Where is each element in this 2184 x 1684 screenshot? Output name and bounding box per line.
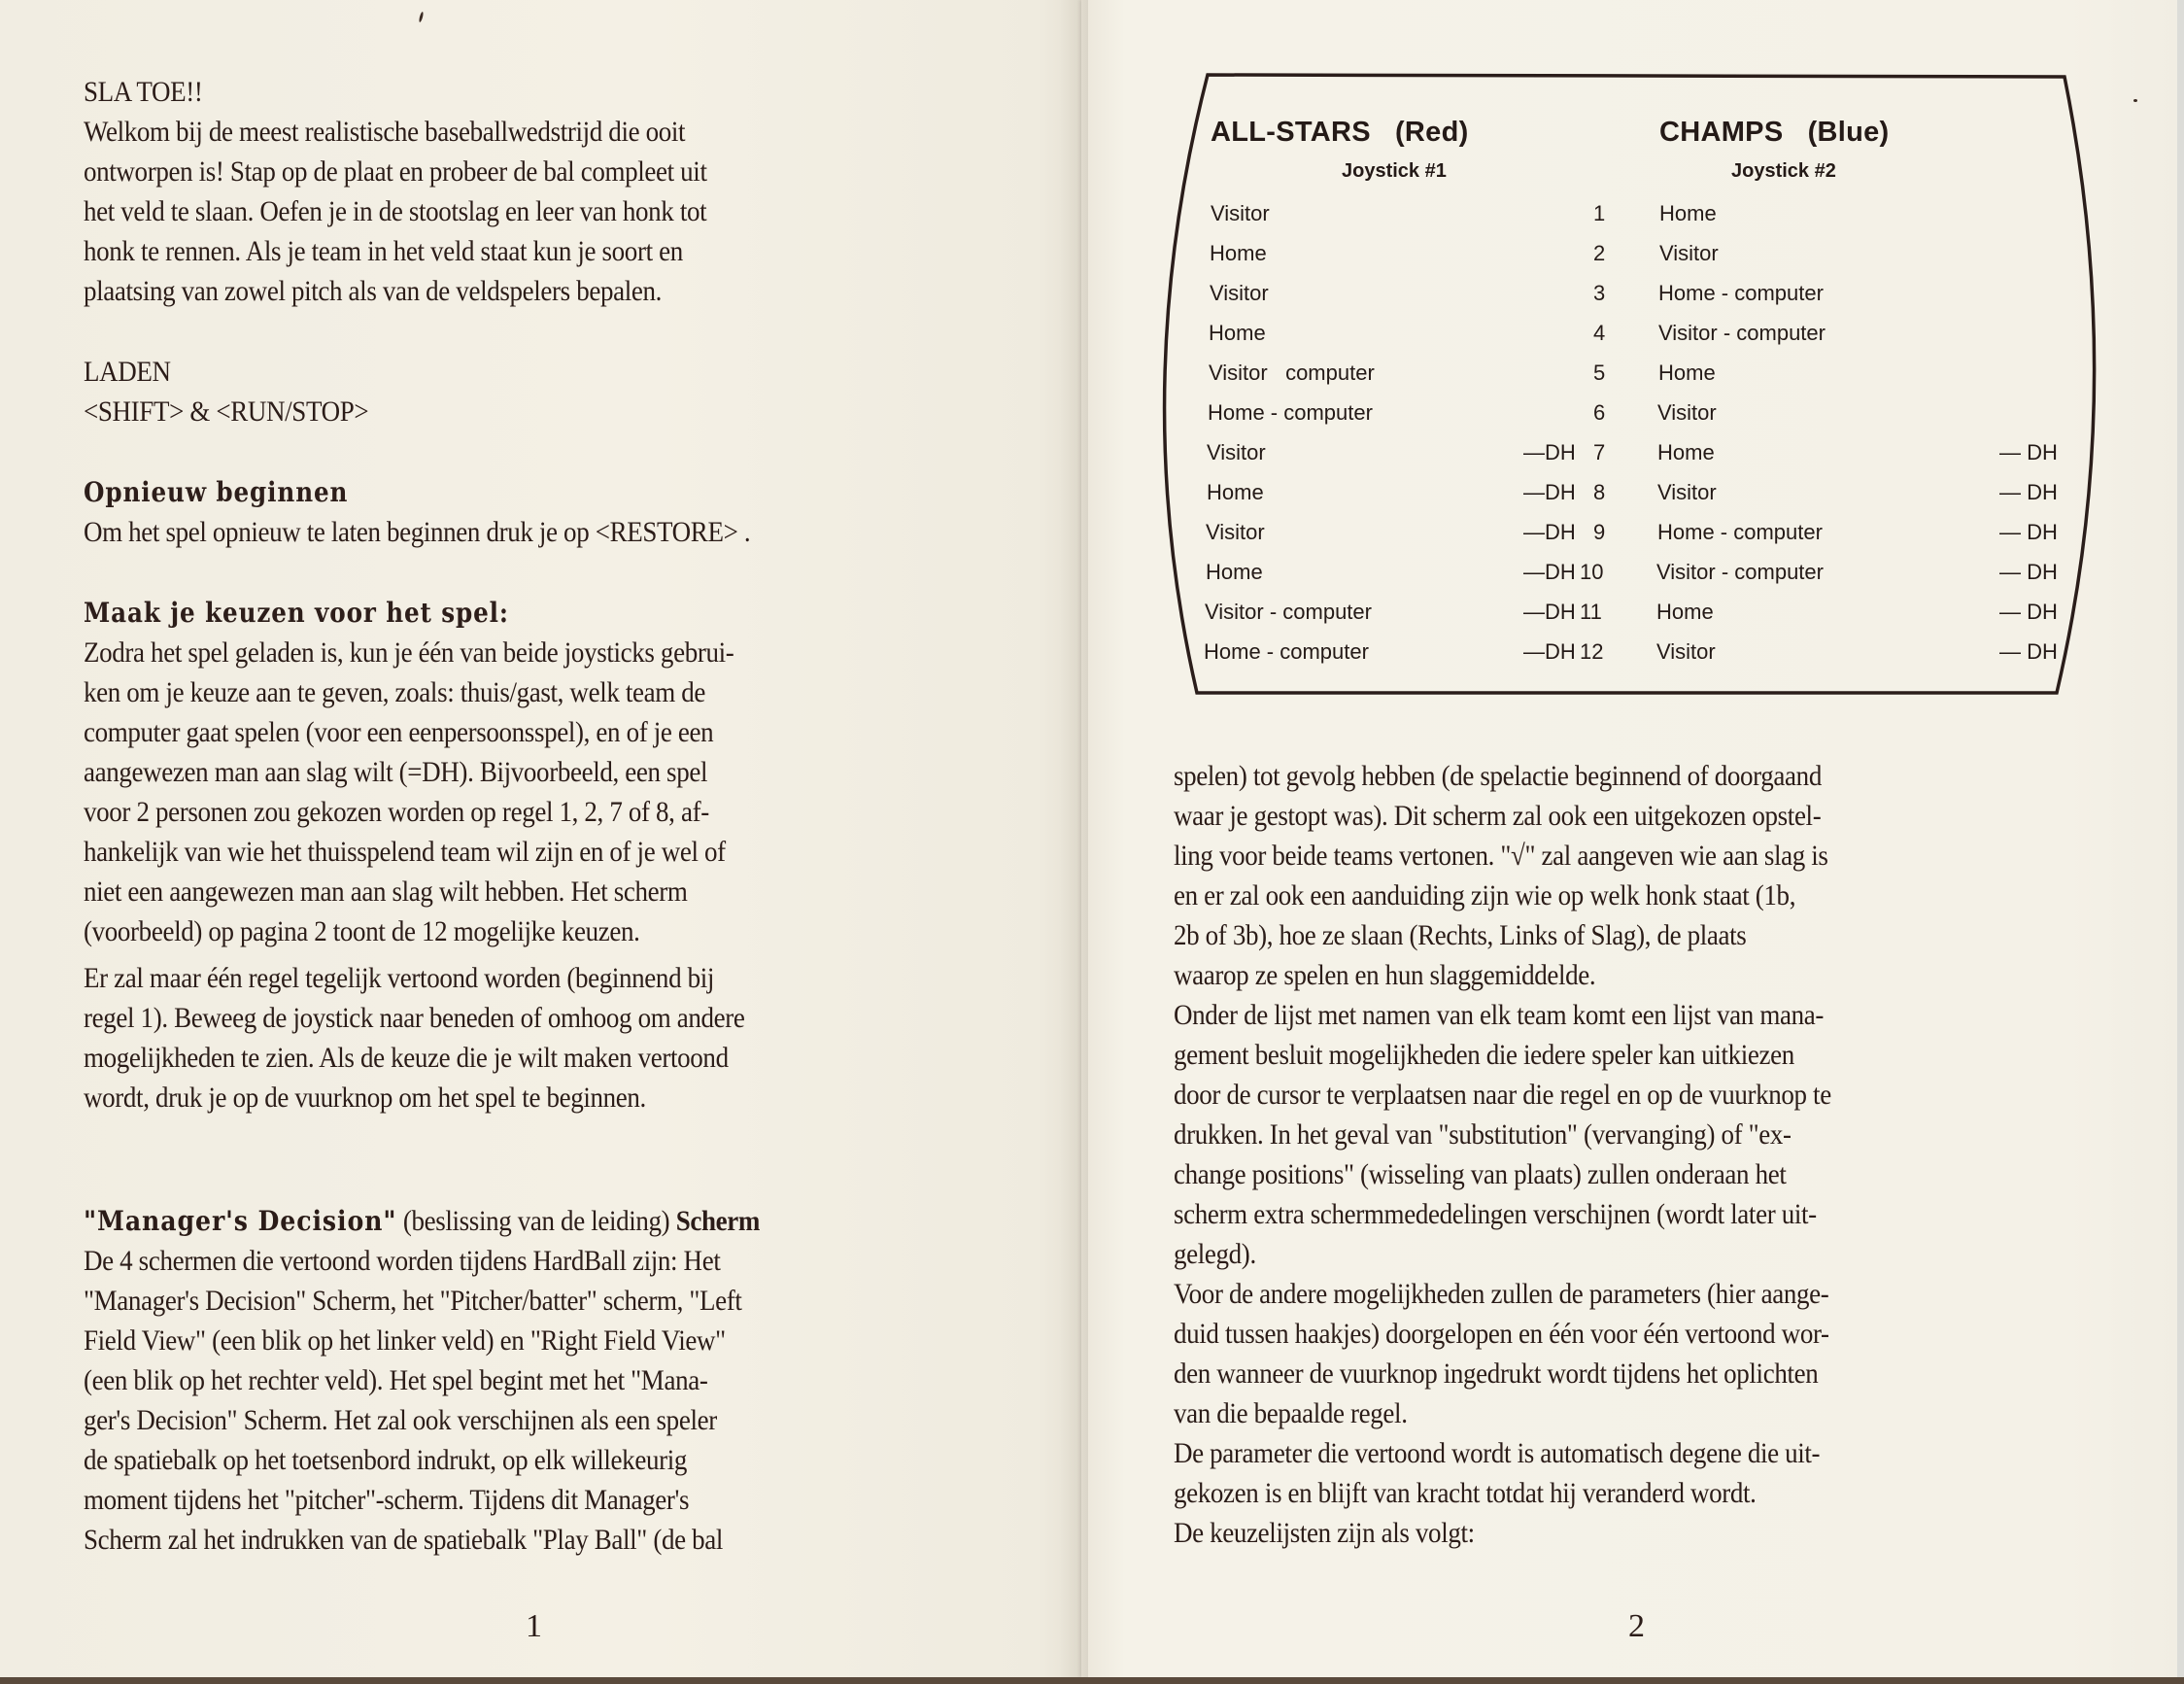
section-title-restart: Opnieuw beginnen	[84, 472, 348, 512]
section-title-sla-toe: SLA TOE!!	[84, 72, 203, 112]
continued-line: gement besluit mogelijkheden die iedere …	[1174, 1035, 1794, 1075]
choice-table: ALL-STARS (Red) Joystick #1 CHAMPS (Blue…	[1146, 68, 2118, 700]
choice-row: Visitor - computer—DH11Home— DH	[1146, 600, 2118, 639]
row-number: 10	[1580, 560, 1603, 585]
continued-line: drukken. In het geval van "substitution"…	[1174, 1115, 1792, 1154]
manager-title-normal: (beslissing van de leiding)	[396, 1205, 675, 1237]
ink-speck	[2133, 99, 2137, 102]
manager-line: "Manager's Decision" Scherm, het "Pitche…	[84, 1281, 742, 1321]
page-number-left: 1	[526, 1608, 542, 1645]
row-right-dh: — DH	[1999, 440, 2058, 465]
row-left-option: Visitor - computer	[1205, 600, 1372, 625]
choice-row: Home4Visitor - computer	[1146, 321, 2118, 361]
section-title-choices: Maak je keuzen voor het spel:	[84, 593, 509, 633]
choice-row: Home—DH10Visitor - computer— DH	[1146, 560, 2118, 600]
continued-line: Voor de andere mogelijkheden zullen de p…	[1174, 1274, 1828, 1314]
team-left-name: ALL-STARS	[1211, 117, 1371, 148]
row-left-dh: —DH	[1523, 600, 1576, 625]
continued-line: en er zal ook een aanduiding zijn wie op…	[1174, 876, 1795, 915]
choice-row: Visitor3Home - computer	[1146, 281, 2118, 321]
row-number: 2	[1593, 241, 1605, 266]
intro-line: ontworpen is! Stap op de plaat en probee…	[84, 152, 707, 191]
team-right-color: (Blue)	[1808, 117, 1890, 148]
row-left-option: Home	[1207, 480, 1264, 505]
choices-2-line: Er zal maar één regel tegelijk vertoond …	[84, 958, 714, 998]
team-right-joystick: Joystick #2	[1731, 160, 1836, 183]
continued-line: den wanneer de vuurknop ingedrukt wordt …	[1174, 1354, 1818, 1393]
row-number: 6	[1593, 400, 1605, 426]
choice-row: Home—DH8Visitor— DH	[1146, 480, 2118, 520]
continued-line: duid tussen haakjes) doorgelopen en één …	[1174, 1314, 1829, 1354]
team-left-header: ALL-STARS (Red)	[1211, 117, 1469, 149]
manager-line: De 4 schermen die vertoond worden tijden…	[84, 1241, 720, 1281]
row-left-option: Visitor	[1207, 440, 1266, 465]
continued-line: De keuzelijsten zijn als volgt:	[1174, 1513, 1475, 1553]
row-right-dh: — DH	[1999, 520, 2058, 545]
row-left-option: Home	[1210, 241, 1267, 266]
row-right-option: Visitor - computer	[1658, 321, 1826, 346]
row-left-option: Visitor computer	[1209, 361, 1375, 386]
row-number: 5	[1593, 361, 1605, 386]
choices-line: Zodra het spel geladen is, kun je één va…	[84, 633, 734, 672]
row-right-option: Visitor	[1657, 480, 1717, 505]
row-number: 3	[1593, 281, 1605, 306]
team-right-header: CHAMPS (Blue)	[1659, 117, 1890, 149]
manager-line: Scherm zal het indrukken van de spatieba…	[84, 1520, 723, 1560]
continued-line: gelegd).	[1174, 1234, 1256, 1274]
choices-line: niet een aangewezen man aan slag wilt he…	[84, 872, 688, 911]
row-right-option: Home	[1658, 361, 1716, 386]
row-right-option: Visitor	[1659, 241, 1719, 266]
section-title-manager: "Manager's Decision" (beslissing van de …	[84, 1201, 760, 1241]
choices-line: hankelijk van wie het thuisspelend team …	[84, 832, 726, 872]
row-right-dh: — DH	[1999, 639, 2058, 665]
row-left-option: Visitor	[1206, 520, 1265, 545]
row-left-dh: —DH	[1523, 480, 1576, 505]
choices-2-line: wordt, druk je op de vuurknop om het spe…	[84, 1078, 646, 1117]
manager-title-scherm: Scherm	[676, 1205, 760, 1237]
screen-frame: ALL-STARS (Red) Joystick #1 CHAMPS (Blue…	[1146, 68, 2118, 700]
choices-2-line: mogelijkheden te zien. Als de keuze die …	[84, 1038, 729, 1078]
continued-line: spelen) tot gevolg hebben (de spelactie …	[1174, 756, 1822, 796]
row-number: 8	[1593, 480, 1605, 505]
continued-line: door de cursor te verplaatsen naar die r…	[1174, 1075, 1831, 1115]
choice-row: Visitor1Home	[1146, 201, 2118, 241]
choices-line: voor 2 personen zou gekozen worden op re…	[84, 792, 709, 832]
row-number: 1	[1593, 201, 1605, 226]
manager-line: moment tijdens het "pitcher"-scherm. Tij…	[84, 1480, 689, 1520]
intro-line: het veld te slaan. Oefen je in de stoots…	[84, 191, 706, 231]
restart-text: Om het spel opnieuw te laten beginnen dr…	[84, 512, 750, 552]
continued-line: waar je gestopt was). Dit scherm zal ook…	[1174, 796, 1821, 836]
choices-line: ken om je keuze aan te geven, zoals: thu…	[84, 672, 705, 712]
row-number: 11	[1580, 600, 1602, 625]
page-edge	[2177, 0, 2184, 1684]
manager-title-bold: "Manager's Decision"	[84, 1205, 396, 1237]
row-number: 9	[1593, 520, 1605, 545]
continued-line: Onder de lijst met namen van elk team ko…	[1174, 995, 1824, 1035]
choices-line: aangewezen man aan slag wilt (=DH). Bijv…	[84, 752, 707, 792]
gutter-shadow	[1059, 0, 1088, 1677]
row-left-option: Visitor	[1210, 281, 1269, 306]
continued-line: De parameter die vertoond wordt is autom…	[1174, 1433, 1820, 1473]
row-left-dh: —DH	[1523, 639, 1576, 665]
page-number-right: 2	[1628, 1608, 1645, 1645]
choice-row: Home - computer—DH12Visitor— DH	[1146, 639, 2118, 679]
choice-row: Visitor computer5Home	[1146, 361, 2118, 400]
row-right-option: Visitor	[1657, 400, 1717, 426]
continued-line: change positions" (wisseling van plaats)…	[1174, 1154, 1786, 1194]
row-right-option: Home	[1656, 600, 1714, 625]
row-right-option: Home	[1659, 201, 1717, 226]
row-right-option: Visitor	[1656, 639, 1716, 665]
row-right-option: Home - computer	[1658, 281, 1824, 306]
row-left-option: Visitor	[1211, 201, 1270, 226]
bottom-edge	[0, 1677, 2184, 1684]
row-right-option: Visitor - computer	[1656, 560, 1824, 585]
continued-line: ling voor beide teams vertonen. "√" zal …	[1174, 836, 1828, 876]
row-left-dh: —DH	[1523, 560, 1576, 585]
laden-keys: <SHIFT> & <RUN/STOP>	[84, 392, 368, 431]
row-right-option: Home	[1657, 440, 1715, 465]
row-number: 4	[1593, 321, 1605, 346]
continued-line: van die bepaalde regel.	[1174, 1393, 1408, 1433]
manager-line: de spatiebalk op het toetsenbord indrukt…	[84, 1440, 687, 1480]
row-number: 12	[1580, 639, 1603, 665]
row-left-option: Home - computer	[1208, 400, 1373, 426]
continued-line: waarop ze spelen en hun slaggemiddelde.	[1174, 955, 1595, 995]
row-left-option: Home	[1209, 321, 1266, 346]
row-left-dh: —DH	[1523, 520, 1576, 545]
intro-line: Welkom bij de meest realistische basebal…	[84, 112, 685, 152]
team-left-joystick: Joystick #1	[1342, 160, 1447, 183]
section-title-laden: LADEN	[84, 352, 171, 392]
intro-line: honk te rennen. Als je team in het veld …	[84, 231, 683, 271]
row-left-option: Home - computer	[1204, 639, 1369, 665]
row-right-option: Home - computer	[1657, 520, 1823, 545]
manager-line: (een blik op het rechter veld). Het spel…	[84, 1360, 707, 1400]
choice-row: Visitor—DH9Home - computer— DH	[1146, 520, 2118, 560]
choice-row: Visitor—DH7Home— DH	[1146, 440, 2118, 480]
choices-line: computer gaat spelen (voor een eenpersoo…	[84, 712, 713, 752]
row-right-dh: — DH	[1999, 600, 2058, 625]
row-left-dh: —DH	[1523, 440, 1576, 465]
choice-row: Home2Visitor	[1146, 241, 2118, 281]
intro-line: plaatsing van zowel pitch als van de vel…	[84, 271, 662, 311]
choices-line: (voorbeeld) op pagina 2 toont de 12 moge…	[84, 911, 639, 951]
manager-line: Field View" (een blik op het linker veld…	[84, 1321, 726, 1360]
choices-2-line: regel 1). Beweeg de joystick naar benede…	[84, 998, 745, 1038]
team-right-name: CHAMPS	[1659, 117, 1783, 148]
row-left-option: Home	[1206, 560, 1263, 585]
row-right-dh: — DH	[1999, 560, 2058, 585]
team-left-color: (Red)	[1395, 117, 1469, 148]
continued-line: gekozen is en blijft van kracht totdat h…	[1174, 1473, 1757, 1513]
continued-line: scherm extra schermmededelingen verschij…	[1174, 1194, 1817, 1234]
row-number: 7	[1593, 440, 1605, 465]
row-right-dh: — DH	[1999, 480, 2058, 505]
continued-line: 2b of 3b), hoe ze slaan (Rechts, Links o…	[1174, 915, 1746, 955]
manager-line: ger's Decision" Scherm. Het zal ook vers…	[84, 1400, 717, 1440]
choice-row: Home - computer6Visitor	[1146, 400, 2118, 440]
